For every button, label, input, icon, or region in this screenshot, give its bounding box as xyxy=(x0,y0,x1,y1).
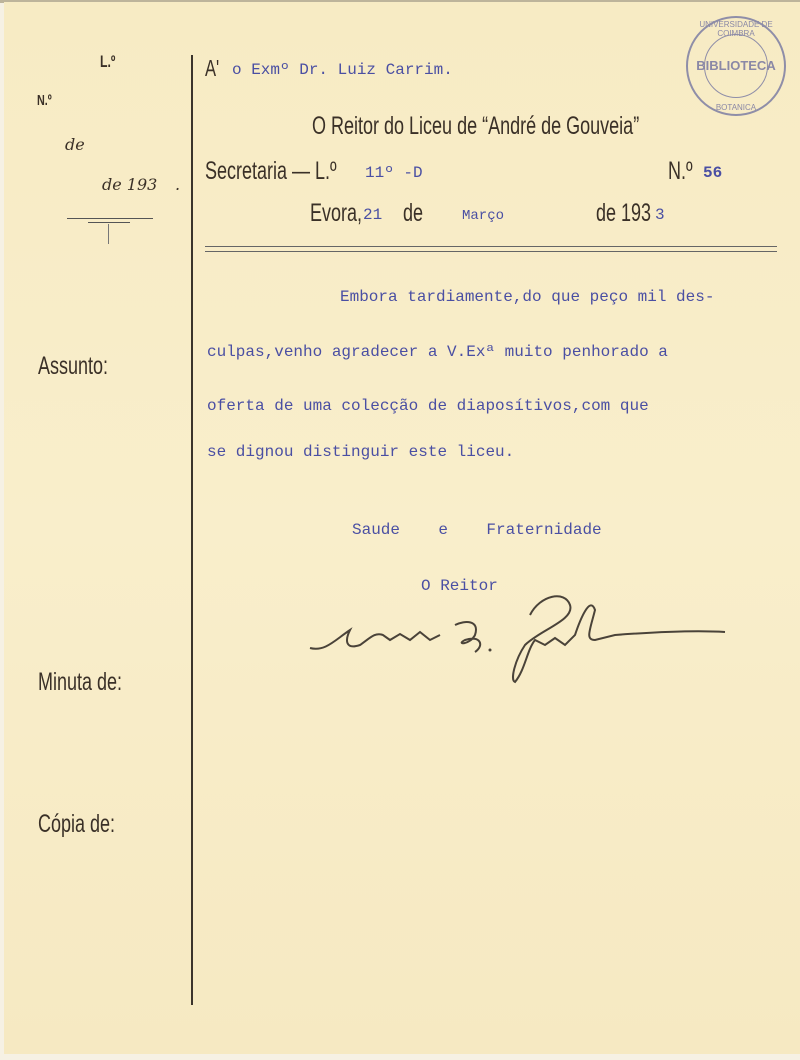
body-line-1: Embora tardiamente,do que peço mil des- xyxy=(340,288,714,306)
body-line-4: se dignou distinguir este liceu. xyxy=(207,443,514,461)
year-suffix: 3 xyxy=(655,206,665,224)
signature xyxy=(305,590,735,690)
addressee: o Exmº Dr. Luiz Carrim. xyxy=(232,61,453,79)
margin-livro-label: L.º xyxy=(100,52,115,72)
salutation: Saude e Fraternidade xyxy=(352,521,602,539)
livro-value: 11º -D xyxy=(365,164,423,182)
stamp-ring-bottom: BOTANICA xyxy=(688,103,784,112)
margin-divider xyxy=(67,218,153,219)
assunto-label: Assunto: xyxy=(38,352,108,381)
de-label: de xyxy=(403,199,423,228)
header-rule-1 xyxy=(205,246,777,247)
body-line-3: oferta de uma colecção de diaposítivos,c… xyxy=(207,397,649,415)
body-line-2: culpas,venho agradecer a V.Exª muito pen… xyxy=(207,343,668,361)
stamp-center: BIBLIOTECA xyxy=(688,58,784,73)
month-value: Março xyxy=(462,208,504,224)
margin-divider-2 xyxy=(88,222,130,223)
copia-label: Cópia de: xyxy=(38,810,115,839)
margin-date-label: de 193 xyxy=(102,175,157,194)
header-rule-2 xyxy=(205,251,777,252)
margin-de-label: de xyxy=(65,135,85,154)
day-value: 21 xyxy=(363,206,382,224)
city-label: Evora, xyxy=(310,199,362,228)
margin-numero-label: N.º xyxy=(37,92,52,109)
stamp-ring-top: UNIVERSIDADE DE COIMBRA xyxy=(688,20,784,38)
year-prefix: de 193 xyxy=(596,199,651,228)
numero-value: 56 xyxy=(703,164,722,182)
library-stamp: UNIVERSIDADE DE COIMBRA BIBLIOTECA BOTAN… xyxy=(686,16,786,116)
minuta-label: Minuta de: xyxy=(38,668,122,697)
institution-title: O Reitor do Liceu de “André de Gouveia” xyxy=(312,112,639,141)
secretaria-label: Secretaria — L.º xyxy=(205,157,337,186)
addressee-prefix: A' xyxy=(205,55,219,82)
margin-date-dot: . xyxy=(175,175,180,194)
margin-ornament xyxy=(108,224,109,244)
margin-rule xyxy=(191,55,193,1005)
numero-label: N.º xyxy=(668,157,693,186)
